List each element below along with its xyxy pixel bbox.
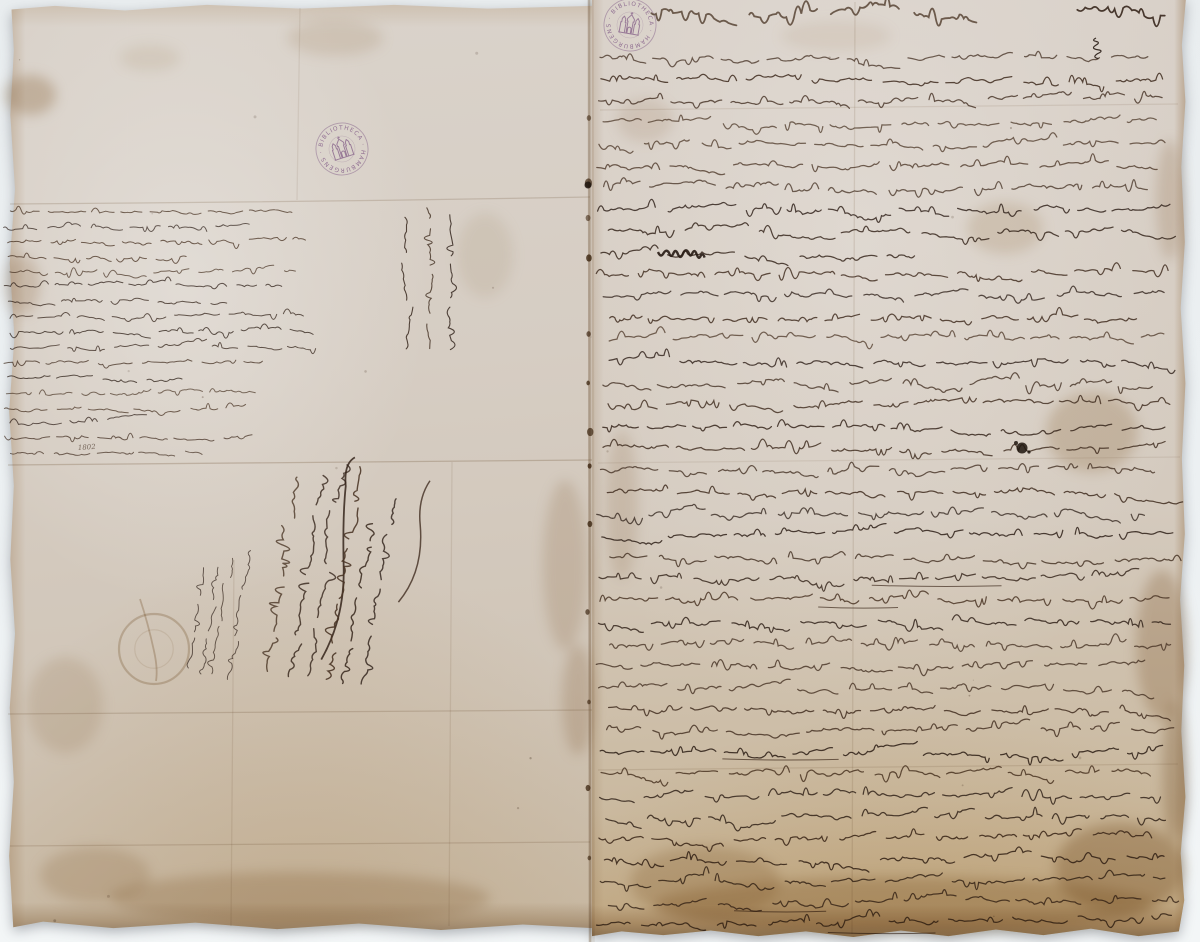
letter-page-right <box>592 0 1186 938</box>
letter-page-left <box>8 4 593 930</box>
photograph-backdrop: · BIBLIOTHECA · HAMBURGENSIS· BIBLIOTHEC… <box>0 0 1200 942</box>
manuscript-sheet <box>0 0 1200 942</box>
